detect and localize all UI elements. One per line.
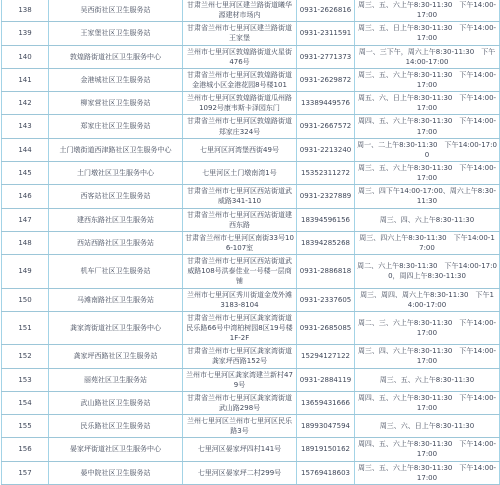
table-row: 139 王家堡社区卫生服务站 甘肃省兰州市七里河区建兰路街道王家堡 0931-2…: [2, 22, 500, 45]
station-address-cell: 甘肃省兰州市七里河区西站街道建西东路: [183, 208, 297, 231]
station-address-cell: 甘肃兰州七里河区建兰路街道曦华源建材市场内: [183, 0, 297, 22]
table-row: 138 吴西街社区卫生服务站 甘肃兰州七里河区建兰路街道曦华源建材市场内 093…: [2, 0, 500, 22]
row-number-cell: 150: [2, 288, 49, 311]
station-address-cell: 甘肃省兰州市七里河区建兰路街道王家堡: [183, 22, 297, 45]
station-schedule-cell: 周三、五、六上午8:30-11:30 下午14:00-17:00: [355, 161, 500, 184]
station-name-cell: 建西东路社区卫生服务站: [49, 208, 183, 231]
station-phone-cell: 0931-2626816: [297, 0, 355, 22]
row-number-cell: 145: [2, 161, 49, 184]
station-address-cell: 甘肃省兰州市七里河区南街33号106-107室: [183, 231, 297, 254]
row-number-cell: 140: [2, 45, 49, 68]
row-number-cell: 151: [2, 311, 49, 326]
station-address-cell: 七里河区土门墩南湾1号: [183, 161, 297, 184]
station-address-cell: 七里河区河湾堡西街49号: [183, 138, 297, 161]
station-schedule-cell: 周三、四、六上午8:30-11:30: [355, 208, 500, 231]
table-row: 151 龚家湾街道社区卫生服务中心 甘肃省兰州市七里河区龚家湾街道民乐路66号中…: [2, 311, 500, 326]
station-name-cell: 吴西街社区卫生服务站: [49, 0, 183, 22]
station-schedule-cell: 周二、三、六上午8:30-11:30 下午14:00-17:00: [355, 311, 500, 326]
station-phone-cell: 0931-2337605: [297, 288, 355, 311]
station-name-cell: 马滩南路社区卫生服务站: [49, 288, 183, 311]
table-row: 147 建西东路社区卫生服务站 甘肃省兰州市七里河区西站街道建西东路 18394…: [2, 208, 500, 231]
station-name-cell: 机车厂社区卫生服务站: [49, 255, 183, 288]
station-name-cell: 龚家湾街道社区卫生服务中心: [49, 311, 183, 326]
station-schedule-cell: 周四、五、六上午8:30-11:30 下午14:00-17:00: [355, 115, 500, 138]
table-row: 150 马滩南路社区卫生服务站 兰州市七里河区秀川街道金茂外滩3183-8104…: [2, 288, 500, 311]
station-phone-cell: 0931-2629872: [297, 68, 355, 91]
table-row: 146 西客站社区卫生服务站 甘肃省兰州市七里河区西站街道武威路341-110 …: [2, 185, 500, 208]
station-phone-cell: 0931-2886818: [297, 255, 355, 288]
station-schedule-cell: 周三、五、日上午8:30-11:30 下午14:00-17:00: [355, 22, 500, 45]
station-phone-cell: 0931-2685085: [297, 311, 355, 326]
station-phone-cell: 0931-2327889: [297, 185, 355, 208]
station-address-cell: 兰州市七里河区敦煌路街道瓜州路1092号康韦斯卡泽园东门: [183, 92, 297, 115]
station-phone-cell: 0931-2771373: [297, 45, 355, 68]
row-number-cell: 142: [2, 92, 49, 115]
station-phone-cell: 0931-2311591: [297, 22, 355, 45]
health-stations-table-container: 138 吴西街社区卫生服务站 甘肃兰州七里河区建兰路街道曦华源建材市场内 093…: [1, 0, 499, 326]
table-row: 143 郑家庄社区卫生服务站 甘肃省兰州市七里河区敦煌路街道郑家庄324号 09…: [2, 115, 500, 138]
station-name-cell: 西客站社区卫生服务站: [49, 185, 183, 208]
station-schedule-cell: 周一、二上午8:30-11:30 下午14:00-17:00: [355, 138, 500, 161]
health-stations-table: 138 吴西街社区卫生服务站 甘肃兰州七里河区建兰路街道曦华源建材市场内 093…: [1, 0, 500, 326]
station-schedule-cell: 周三、五、六上午8:30-11:30 下午14:00-17:00: [355, 68, 500, 91]
table-row: 140 敦煌路街道社区卫生服务中心 兰州市七里河区敦煌路街道火星街476号 09…: [2, 45, 500, 68]
station-name-cell: 土门墩街道西津路社区卫生服务中心: [49, 138, 183, 161]
station-address-cell: 甘肃省兰州市七里河区龚家湾街道民乐路66号中湾柏树园8区19号楼1F-2F: [183, 311, 297, 326]
table-row: 148 西站西路社区卫生服务站 甘肃省兰州市七里河区南街33号106-107室 …: [2, 231, 500, 254]
station-name-cell: 金港城社区卫生服务站: [49, 68, 183, 91]
station-name-cell: 西站西路社区卫生服务站: [49, 231, 183, 254]
station-address-cell: 兰州市七里河区敦煌路街道火星街476号: [183, 45, 297, 68]
table-row: 145 土门墩社区卫生服务中心 七里河区土门墩南湾1号 15352311272 …: [2, 161, 500, 184]
row-number-cell: 144: [2, 138, 49, 161]
table-body: 138 吴西街社区卫生服务站 甘肃兰州七里河区建兰路街道曦华源建材市场内 093…: [2, 0, 500, 326]
row-number-cell: 143: [2, 115, 49, 138]
station-schedule-cell: 周三、五、六上午8:30-11:30 下午14:00-17:00: [355, 0, 500, 22]
station-name-cell: 郑家庄社区卫生服务站: [49, 115, 183, 138]
station-phone-cell: 18394596156: [297, 208, 355, 231]
table-row: 149 机车厂社区卫生服务站 甘肃省兰州市七里河区西站街道武威路108号洪泰佳业…: [2, 255, 500, 288]
station-address-cell: 甘肃省兰州市七里河区敦煌路街道郑家庄324号: [183, 115, 297, 138]
station-phone-cell: 18394285268: [297, 231, 355, 254]
station-phone-cell: 0931-2213240: [297, 138, 355, 161]
station-schedule-cell: 周二、六上午8:30-11:30 下午14:00-17:00，周四上午8:30-…: [355, 255, 500, 288]
row-number-cell: 141: [2, 68, 49, 91]
station-schedule-cell: 周三、周四、周六上午8:30-11:30 下午14:00-17:00: [355, 288, 500, 311]
station-schedule-cell: 周五、六、日上午8:30-11:30 下午14:00-17:00: [355, 92, 500, 115]
station-name-cell: 柳家营社区卫生服务站: [49, 92, 183, 115]
row-number-cell: 138: [2, 0, 49, 22]
station-address-cell: 甘肃省兰州市七里河区西站街道武威路341-110: [183, 185, 297, 208]
row-number-cell: 148: [2, 231, 49, 254]
station-schedule-cell: 周三、四六上午8:30-11:30 下午14:00-17:00: [355, 231, 500, 254]
station-address-cell: 甘肃省兰州市七里河区西站街道武威路108号洪泰佳业一号楼一层商铺: [183, 255, 297, 288]
station-schedule-cell: 周三、四下午14:00-17:00、周六上午8:30-11:30: [355, 185, 500, 208]
row-number-cell: 139: [2, 22, 49, 45]
table-row: 142 柳家营社区卫生服务站 兰州市七里河区敦煌路街道瓜州路1092号康韦斯卡泽…: [2, 92, 500, 115]
station-phone-cell: 13389449576: [297, 92, 355, 115]
station-address-cell: 兰州市七里河区秀川街道金茂外滩3183-8104: [183, 288, 297, 311]
table-row: 144 土门墩街道西津路社区卫生服务中心 七里河区河湾堡西街49号 0931-2…: [2, 138, 500, 161]
station-name-cell: 土门墩社区卫生服务中心: [49, 161, 183, 184]
station-schedule-cell: 周一、三下午，周六上午8:30-11:30 下午14:00-17:00: [355, 45, 500, 68]
station-address-cell: 甘肃省兰州市七里河区敦煌路街道金港城小区金港花园8号楼101: [183, 68, 297, 91]
station-phone-cell: 0931-2667572: [297, 115, 355, 138]
table-row: 141 金港城社区卫生服务站 甘肃省兰州市七里河区敦煌路街道金港城小区金港花园8…: [2, 68, 500, 91]
row-number-cell: 146: [2, 185, 49, 208]
station-name-cell: 敦煌路街道社区卫生服务中心: [49, 45, 183, 68]
row-number-cell: 147: [2, 208, 49, 231]
station-phone-cell: 15352311272: [297, 161, 355, 184]
station-name-cell: 王家堡社区卫生服务站: [49, 22, 183, 45]
row-number-cell: 149: [2, 255, 49, 288]
